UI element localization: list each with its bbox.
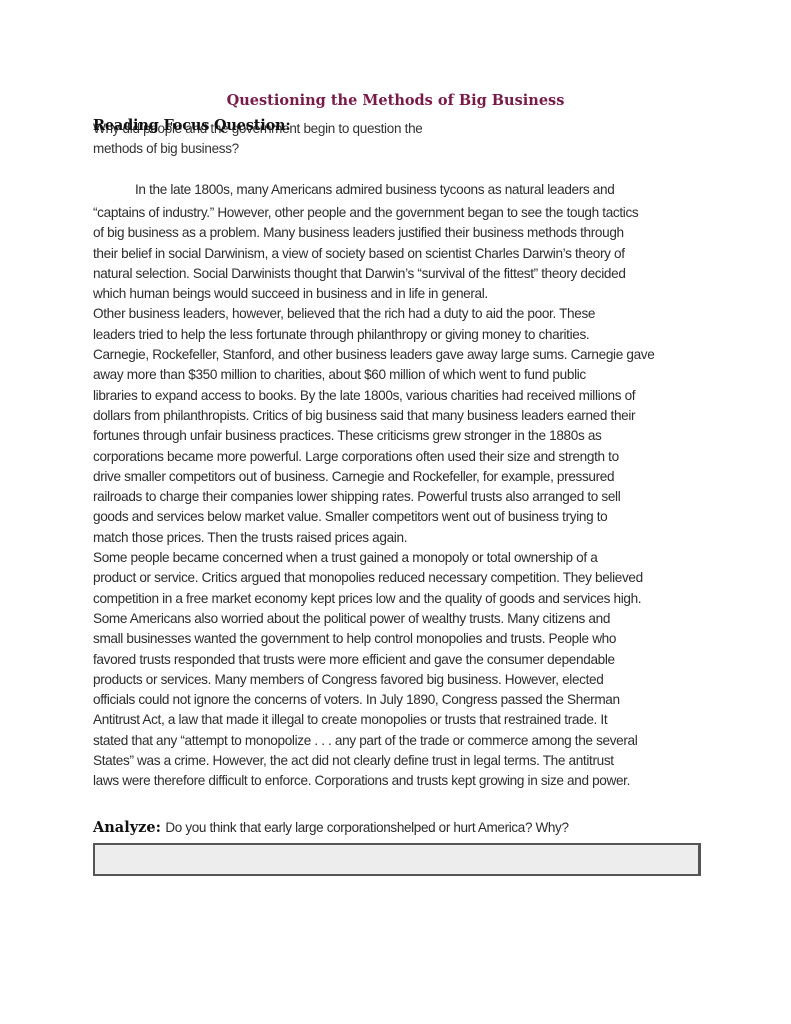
passage-line: “captains of industry.” However, other p…	[93, 203, 693, 223]
passage-line: Antitrust Act, a law that made it illega…	[93, 710, 693, 730]
passage-line: corporations became more powerful. Large…	[93, 447, 693, 467]
analyze-answer-field[interactable]	[93, 843, 701, 876]
page-title: Questioning the Methods of Big Business	[0, 92, 791, 109]
passage-line: Some Americans also worried about the po…	[93, 609, 693, 629]
passage-line: Other business leaders, however, believe…	[93, 304, 693, 324]
passage-line: railroads to charge their companies lowe…	[93, 487, 693, 507]
passage-line: products or services. Many members of Co…	[93, 670, 693, 690]
passage-line: away more than $350 million to charities…	[93, 365, 693, 385]
passage-line: States” was a crime. However, the act di…	[93, 751, 693, 771]
passage-line: which human beings would succeed in busi…	[93, 284, 693, 304]
passage-line: dollars from philanthropists. Critics of…	[93, 406, 693, 426]
reading-focus-question: Why did people and the government begin …	[93, 117, 493, 167]
passage-line: of big business as a problem. Many busin…	[93, 223, 693, 243]
passage-line: match those prices. Then the trusts rais…	[93, 528, 693, 548]
analyze-prompt: Analyze: Do you think that early large c…	[93, 819, 569, 837]
analyze-label: Analyze:	[93, 819, 161, 836]
passage-line: In the late 1800s, many Americans admire…	[93, 180, 693, 203]
passage-line: their belief in social Darwinism, a view…	[93, 244, 693, 264]
passage-line: laws were therefore difficult to enforce…	[93, 771, 693, 791]
analyze-question: Do you think that early large corporatio…	[165, 820, 568, 835]
reading-focus-question-line2: methods of big business?	[93, 141, 239, 156]
passage-line: libraries to expand access to books. By …	[93, 386, 693, 406]
passage-line: product or service. Critics argued that …	[93, 568, 693, 588]
passage-line: favored trusts responded that trusts wer…	[93, 650, 693, 670]
passage-line: stated that any “attempt to monopolize .…	[93, 731, 693, 751]
passage-line: natural selection. Social Darwinists tho…	[93, 264, 693, 284]
reading-passage: In the late 1800s, many Americans admire…	[93, 180, 693, 792]
passage-line: competition in a free market economy kep…	[93, 589, 693, 609]
reading-focus-label: Reading Focus Question:	[93, 117, 291, 134]
passage-line: officials could not ignore the concerns …	[93, 690, 693, 710]
passage-line: leaders tried to help the less fortunate…	[93, 325, 693, 345]
passage-line: fortunes through unfair business practic…	[93, 426, 693, 446]
passage-line: Carnegie, Rockefeller, Stanford, and oth…	[93, 345, 693, 365]
passage-line: goods and services below market value. S…	[93, 507, 693, 527]
passage-line: Some people became concerned when a trus…	[93, 548, 693, 568]
passage-line: drive smaller competitors out of busines…	[93, 467, 693, 487]
passage-line: small businesses wanted the government t…	[93, 629, 693, 649]
